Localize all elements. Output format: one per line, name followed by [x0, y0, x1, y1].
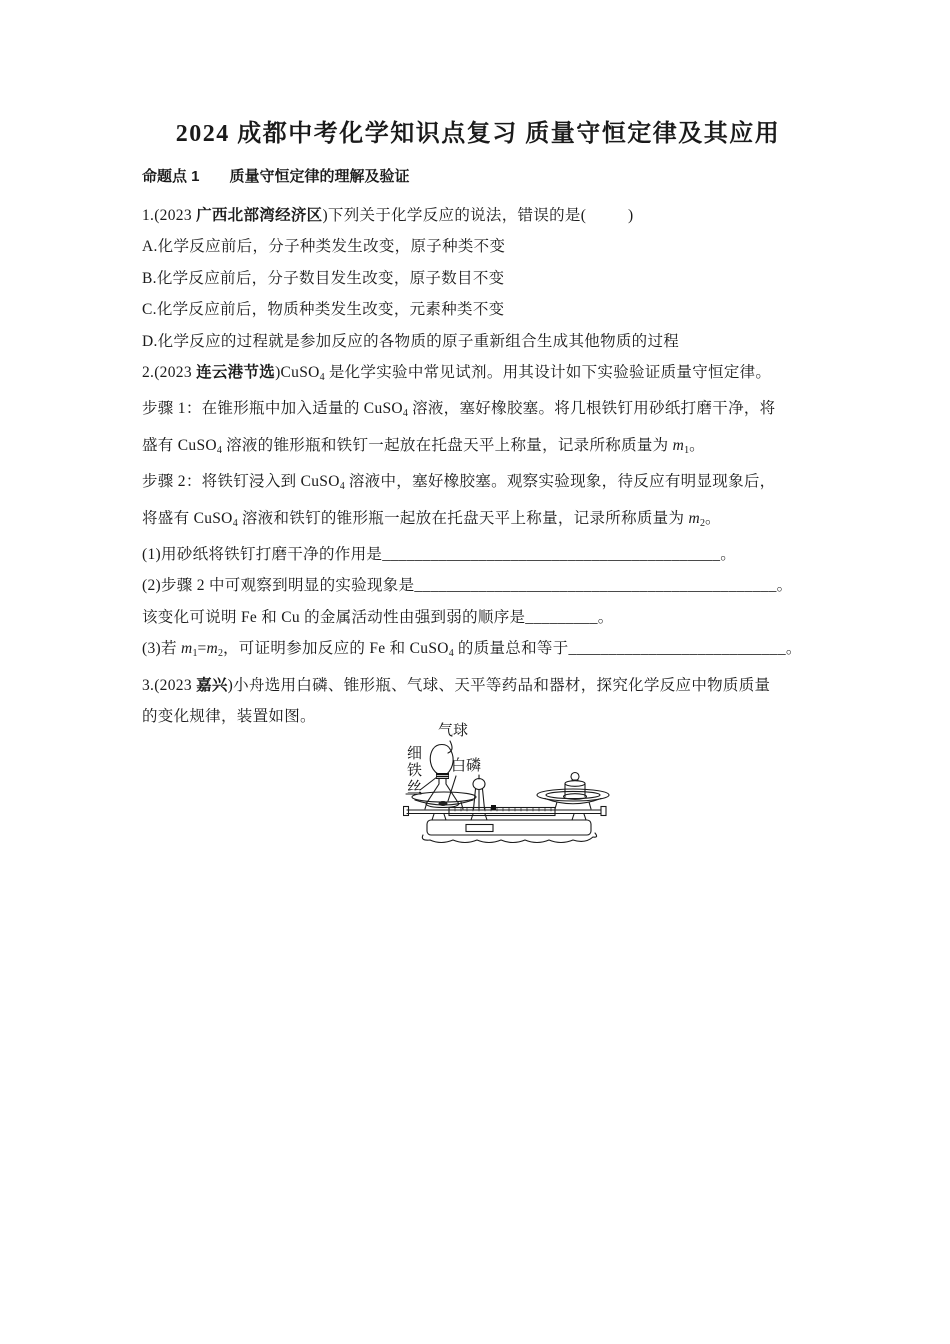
text-segment: A.化学反应前后，分子种类发生改变，原子种类不变 [142, 238, 505, 255]
text-segment: 连云港节选 [196, 364, 275, 381]
text-segment: 。 [786, 640, 802, 657]
step-2-line-2: 将盛有 CuSO4 溶液和铁钉的锥形瓶一起放在托盘天平上称量，记录所称质量为 m… [142, 503, 814, 539]
text-segment: m [207, 640, 219, 657]
text-segment: )小舟选用白磷、锥形瓶、气球、天平等药品和器材，探究化学反应中物质质量 [228, 677, 771, 694]
text-segment: 1.(2023 [142, 207, 196, 224]
white-phosphorus-label: 白磷 [451, 758, 481, 775]
text-segment: 2.(2023 [142, 364, 196, 381]
section-heading: 命题点 1质量守恒定律的理解及验证 [142, 167, 814, 187]
section-title: 质量守恒定律的理解及验证 [230, 168, 410, 185]
question-2: 2.(2023 连云港节选)CuSO4 是化学实验中常见试剂。用其设计如下实验验… [142, 357, 814, 393]
experiment-figure: 气球 细铁丝 白磷 [403, 720, 618, 850]
text-segment: ________________________________________… [414, 577, 776, 594]
text-segment: 溶液中，塞好橡胶塞。观察实验现象，待反应有明显现象后， [345, 473, 776, 490]
option-d: D.化学反应的过程就是参加反应的各物质的原子重新组合生成其他物质的过程 [142, 326, 814, 357]
step-2-line-1: 步骤 2：将铁钉浸入到 CuSO4 溶液中，塞好橡胶塞。观察实验现象，待反应有明… [142, 466, 814, 502]
text-segment: 该变化可说明 Fe 和 Cu 的金属活动性由强到弱的顺序是 [142, 609, 525, 626]
text-segment: 的变化规律，装置如图。 [142, 708, 316, 725]
text-segment: ，可证明参加反应的 Fe 和 CuSO [223, 640, 449, 657]
text-segment: 嘉兴 [196, 677, 228, 694]
left-pan [412, 792, 476, 809]
blank-question-2b: 该变化可说明 Fe 和 Cu 的金属活动性由强到弱的顺序是_________。 [142, 602, 814, 633]
text-segment: 是化学实验中常见试剂。用其设计如下实验验证质量守恒定律。 [325, 364, 772, 381]
text-segment: 溶液，塞好橡胶塞。将几根铁钉用砂纸打磨干净，将 [408, 400, 776, 417]
text-segment: )下列关于化学反应的说法，错误的是( ) [322, 207, 633, 224]
option-c: C.化学反应前后，物质种类发生改变，元素种类不变 [142, 294, 814, 325]
step-1-line-1: 步骤 1：在锥形瓶中加入适量的 CuSO4 溶液，塞好橡胶塞。将几根铁钉用砂纸打… [142, 393, 814, 429]
text-segment: (3)若 [142, 640, 181, 657]
text-segment: 的质量总和等于 [454, 640, 569, 657]
document-content: 2024 成都中考化学知识点复习 质量守恒定律及其应用 命题点 1质量守恒定律的… [142, 118, 814, 850]
balance-base [422, 814, 596, 843]
text-segment: ________________________________________… [382, 546, 720, 563]
text-segment: 步骤 2：将铁钉浸入到 CuSO [142, 473, 340, 490]
text-segment: ___________________________ [569, 640, 786, 657]
balloon-label: 气球 [438, 723, 468, 740]
step-1-line-2: 盛有 CuSO4 溶液的锥形瓶和铁钉一起放在托盘天平上称量，记录所称质量为 m1… [142, 430, 814, 466]
text-segment: 。 [720, 546, 736, 563]
question-3-line-1: 3.(2023 嘉兴)小舟选用白磷、锥形瓶、气球、天平等药品和器材，探究化学反应… [142, 670, 814, 701]
blank-question-3: (3)若 m1=m2，可证明参加反应的 Fe 和 CuSO4 的质量总和等于__… [142, 633, 814, 669]
text-segment: 3.(2023 [142, 677, 196, 694]
text-segment: B.化学反应前后，分子数目发生改变，原子数目不变 [142, 270, 504, 287]
option-a: A.化学反应前后，分子种类发生改变，原子种类不变 [142, 231, 814, 262]
document-body: 1.(2023 广西北部湾经济区)下列关于化学反应的说法，错误的是( )A.化学… [142, 200, 814, 733]
text-segment: 。 [598, 609, 614, 626]
text-segment: (1)用砂纸将铁钉打磨干净的作用是 [142, 546, 382, 563]
balance-scale-figure [403, 720, 618, 850]
text-segment: _________ [525, 609, 597, 626]
section-label: 命题点 1 [142, 168, 200, 185]
text-segment: m [688, 510, 700, 527]
text-segment: 溶液和铁钉的锥形瓶一起放在托盘天平上称量，记录所称质量为 [238, 510, 689, 527]
option-b: B.化学反应前后，分子数目发生改变，原子数目不变 [142, 263, 814, 294]
text-segment: m [181, 640, 193, 657]
text-segment: 。 [705, 510, 721, 527]
text-segment: 步骤 1：在锥形瓶中加入适量的 CuSO [142, 400, 403, 417]
text-segment: D.化学反应的过程就是参加反应的各物质的原子重新组合生成其他物质的过程 [142, 333, 679, 350]
text-segment: C.化学反应前后，物质种类发生改变，元素种类不变 [142, 301, 504, 318]
worksheet-page: 2024 成都中考化学知识点复习 质量守恒定律及其应用 命题点 1质量守恒定律的… [0, 0, 950, 1344]
iron-wire-label: 细铁丝 [404, 745, 421, 799]
text-segment: m [673, 437, 685, 454]
question-1: 1.(2023 广西北部湾经济区)下列关于化学反应的说法，错误的是( ) [142, 200, 814, 231]
weight [564, 772, 587, 799]
blank-question-1: (1)用砂纸将铁钉打磨干净的作用是_______________________… [142, 539, 814, 570]
text-segment: 盛有 CuSO [142, 437, 217, 454]
document-title: 2024 成都中考化学知识点复习 质量守恒定律及其应用 [142, 118, 814, 150]
text-segment: 溶液的锥形瓶和铁钉一起放在托盘天平上称量，记录所称质量为 [222, 437, 673, 454]
text-segment: 将盛有 CuSO [142, 510, 233, 527]
text-segment: )CuSO [275, 364, 320, 381]
text-segment: = [197, 640, 206, 657]
balloon-shape [430, 744, 453, 779]
text-segment: 。 [777, 577, 793, 594]
text-segment: (2)步骤 2 中可观察到明显的实验现象是 [142, 577, 414, 594]
text-segment: 广西北部湾经济区 [196, 207, 322, 224]
text-segment: 。 [689, 437, 705, 454]
balance-pointer [473, 775, 485, 809]
blank-question-2: (2)步骤 2 中可观察到明显的实验现象是___________________… [142, 570, 814, 601]
